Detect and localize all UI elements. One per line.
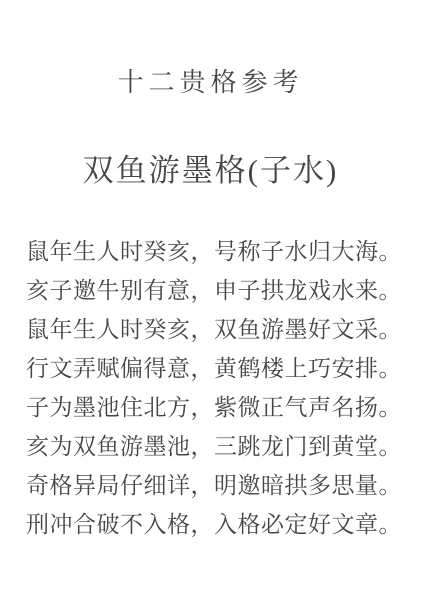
verse-line: 鼠年生人时癸亥，号称子水归大海。 [26,232,411,271]
page-title: 十二贵格参考 [0,0,421,98]
verse-line: 亥为双鱼游墨池，三跳龙门到黄堂。 [26,427,411,466]
verse-block: 鼠年生人时癸亥，号称子水归大海。 亥子邀牛别有意，申子拱龙戏水来。 鼠年生人时癸… [0,232,421,544]
verse-line: 子为墨池住北方，紫微正气声名扬。 [26,388,411,427]
verse-line: 鼠年生人时癸亥，双鱼游墨好文采。 [26,310,411,349]
page-subtitle: 双鱼游墨格(子水) [0,152,421,190]
verse-line: 刑冲合破不入格，入格必定好文章。 [26,505,411,544]
verse-line: 奇格异局仔细详，明邀暗拱多思量。 [26,466,411,505]
verse-line: 亥子邀牛别有意，申子拱龙戏水来。 [26,271,411,310]
verse-line: 行文弄赋偏得意，黄鹤楼上巧安排。 [26,349,411,388]
document-page: 十二贵格参考 双鱼游墨格(子水) 鼠年生人时癸亥，号称子水归大海。 亥子邀牛别有… [0,0,421,600]
